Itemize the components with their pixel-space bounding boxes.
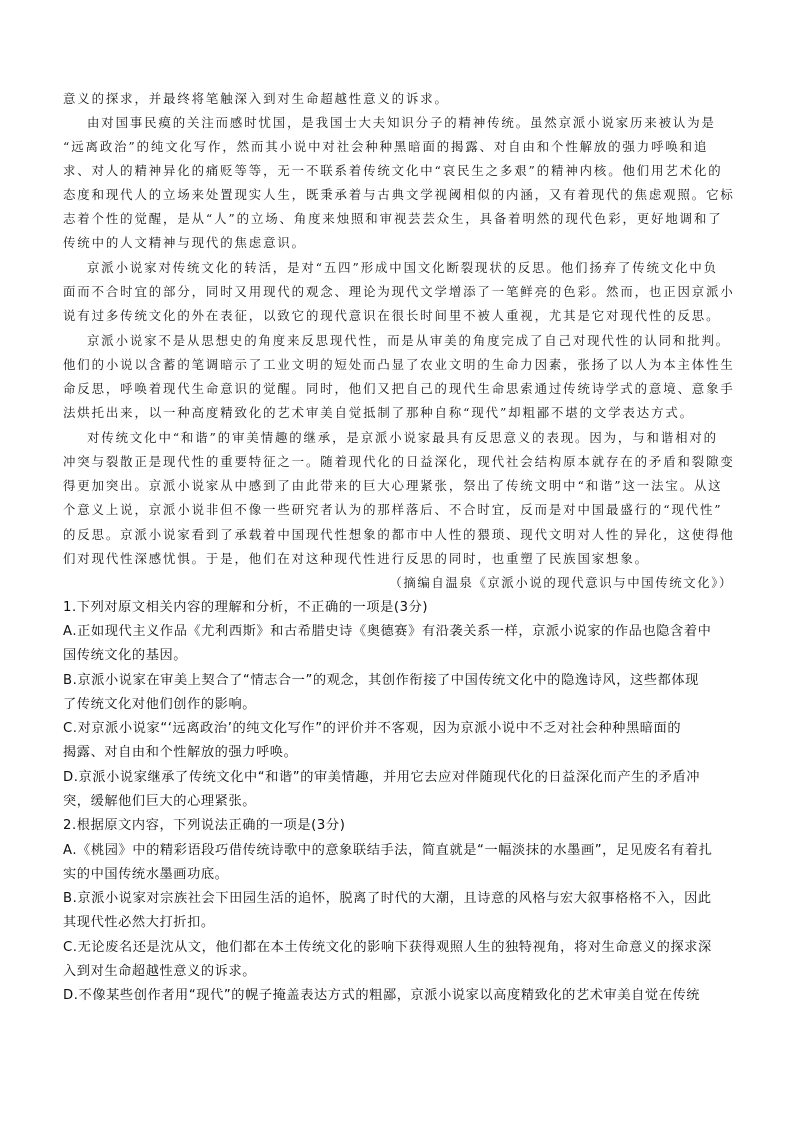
question-2-option-a: A.《桃园》中的精彩语段巧借传统诗歌中的意象联结手法，简直就是“一幅淡抹的水墨画…	[63, 840, 733, 862]
passage-line: 他们的小说以含蓄的笔调暗示了工业文明的短处而凸显了农业文明的生命力因素，张扬了以…	[63, 354, 733, 376]
passage-paragraph-start: 京派小说家对传统文化的转活，是对“五四”形成中国文化断裂现状的反思。他们扬弃了传…	[63, 257, 733, 279]
passage-line: 的反思。京派小说家看到了承载着中国现代性想象的都市中人性的猥琐、现代文明对人性的…	[63, 524, 733, 546]
question-2-option-b-cont: 其现代性必然大打折扣。	[63, 912, 733, 934]
passage-line: 个意义上说，京派小说非但不像一些研究者认为的那样落后、不合时宜，反而是对中国最盛…	[63, 499, 733, 521]
passage-line: “远离政治”的纯文化写作，然而其小说中对社会种种黑暗面的揭露、对自由和个性解放的…	[63, 136, 733, 158]
question-2-option-c-cont: 入到对生命超越性意义的诉求。	[63, 961, 733, 983]
question-1-stem: 1.下列对原文相关内容的理解和分析，不正确的一项是(3分)	[63, 597, 733, 619]
passage-line: 志着个性的觉醒，是从“人”的立场、角度来烛照和审视芸芸众生，具备着明然的现代色彩…	[63, 208, 733, 230]
passage-line: 法烘托出来，以一种高度精致化的艺术审美自觉抵制了那种自称“现代”却粗鄙不堪的文学…	[63, 402, 733, 424]
question-1-option-a-cont: 国传统文化的基因。	[63, 645, 733, 667]
passage-line: 意义的探求，并最终将笔触深入到对生命超越性意义的诉求。	[63, 88, 733, 110]
passage-paragraph-start: 对传统文化中“和谐”的审美情趣的继承，是京派小说家最具有反思意义的表现。因为，与…	[63, 427, 733, 449]
question-2-option-d: D.不像某些创作者用“现代”的幌子掩盖表达方式的粗鄙，京派小说家以高度精致化的艺…	[63, 985, 733, 1007]
question-2-stem: 2.根据原文内容，下列说法正确的一项是(3分)	[63, 815, 733, 837]
passage-line: 传统中的人文精神与现代的焦虑意识。	[63, 232, 733, 254]
question-2-option-b: B.京派小说家对宗族社会下田园生活的追怀，脱离了时代的大潮，且诗意的风格与宏大叙…	[63, 888, 733, 910]
passage-paragraph-start: 由对国事民瘼的关注而感时忧国，是我国士大夫知识分子的精神传统。虽然京派小说家历来…	[63, 112, 733, 134]
question-1-option-d-cont: 突，缓解他们巨大的心理紧张。	[63, 791, 733, 813]
question-1-option-b: B.京派小说家在审美上契合了“情志合一”的观念，其创作衔接了中国传统文化中的隐逸…	[63, 670, 733, 692]
question-1-option-a: A.正如现代主义作品《尤利西斯》和古希腊史诗《奥德赛》有沿袭关系一样，京派小说家…	[63, 621, 733, 643]
passage-line: 态度和现代人的立场来处置现实人生，既秉承着与古典文学视阈相似的内涵，又有着现代的…	[63, 184, 733, 206]
passage-line: 冲突与裂散正是现代性的重要特征之一。随着现代化的日益深化，现代社会结构原本就存在…	[63, 451, 733, 473]
passage-line: 命反思，呼唤着现代生命意识的觉醒。同时，他们又把自己的现代生命思索通过传统诗学式…	[63, 378, 733, 400]
passage-line: 面而不合时宜的部分，同时又用现代的观念、理论为现代文学增添了一笔鲜亮的色彩。然而…	[63, 281, 733, 303]
passage-source: （摘编自温泉《京派小说的现代意识与中国传统文化》）	[63, 572, 733, 594]
question-2-option-a-cont: 实的中国传统水墨画功底。	[63, 864, 733, 886]
passage-line: 求、对人的精神异化的痛贬等等，无一不联系着传统文化中“哀民生之多艰”的精神内核。…	[63, 160, 733, 182]
passage-line: 得更加突出。京派小说家从中感到了由此带来的巨大心理紧张，祭出了传统文明中“和谐”…	[63, 475, 733, 497]
question-1-option-d: D.京派小说家继承了传统文化中“和谐”的审美情趣，并用它去应对伴随现代化的日益深…	[63, 767, 733, 789]
question-1-option-c-cont: 揭露、对自由和个性解放的强力呼唤。	[63, 742, 733, 764]
passage-paragraph-start: 京派小说家不是从思想史的角度来反思现代性，而是从审美的角度完成了自己对现代性的认…	[63, 330, 733, 352]
question-2-option-c: C.无论废名还是沈从文，他们都在本土传统文化的影响下获得观照人生的独特视角，将对…	[63, 937, 733, 959]
passage-line: 说有过多传统文化的外在表征，以致它的现代意识在很长时间里不被人重视，尤其是它对现…	[63, 305, 733, 327]
question-1-option-c: C.对京派小说家“‘远离政治’的纯文化写作”的评价并不客观，因为京派小说中不乏对…	[63, 718, 733, 740]
question-1-option-b-cont: 了传统文化对他们创作的影响。	[63, 694, 733, 716]
passage-line: 们对现代性深感忧惧。于是，他们在对这种现代性进行反思的同时，也重塑了民族国家想象…	[63, 548, 733, 570]
